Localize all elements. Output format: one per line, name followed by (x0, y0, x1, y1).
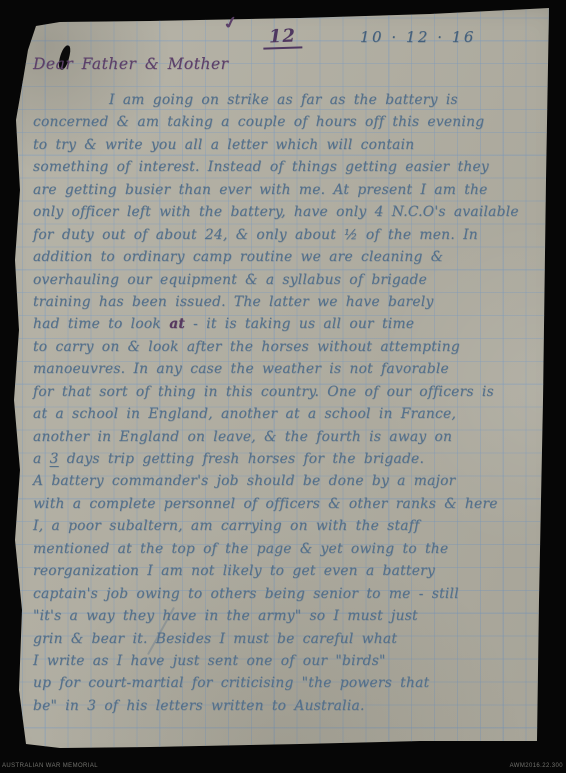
letter-line: another in England on leave, & the fourt… (33, 426, 541, 448)
letter-date: 10 · 12 · 16 (360, 28, 476, 46)
checkmark-annotation: ✓ (221, 11, 241, 33)
letter-line: for that sort of thing in this country. … (33, 381, 541, 403)
salutation: Dear Father & Mother (33, 55, 229, 73)
letter-line: grin & bear it. Besides I must be carefu… (33, 628, 541, 650)
letter-line: at a school in England, another at a sch… (33, 403, 541, 425)
letter-line: addition to ordinary camp routine we are… (33, 246, 541, 268)
letter-line: training has been issued. The latter we … (33, 291, 541, 313)
letter-line: I, a poor subaltern, am carrying on with… (33, 515, 541, 537)
letter-line: for duty out of about 24, & only about ½… (33, 224, 541, 246)
letter-line: had time to look at - it is taking us al… (33, 313, 541, 335)
letter-line: I write as I have just sent one of our "… (33, 650, 541, 672)
letter-line: "it's a way they have in the army" so I … (33, 605, 541, 627)
letter-line: to try & write you all a letter which wi… (33, 134, 541, 156)
letter-line: a 3 days trip getting fresh horses for t… (33, 448, 541, 470)
scanned-letter-photo: ✓ 12 10 · 12 · 16 Dear Father & Mother I… (0, 0, 566, 773)
letter-line: up for court-martial for criticising "th… (33, 672, 541, 694)
letter-line: are getting busier than ever with me. At… (33, 179, 541, 201)
letter-line: with a complete personnel of officers & … (33, 493, 541, 515)
letter-line: only officer left with the battery, have… (33, 201, 541, 223)
letter-line: overhauling our equipment & a syllabus o… (33, 269, 541, 291)
page-number: 12 (263, 25, 303, 49)
letter-line: to carry on & look after the horses with… (33, 336, 541, 358)
letter-line: A battery commander's job should be done… (33, 470, 541, 492)
letter-body: I am going on strike as far as the batte… (33, 89, 541, 717)
letter-line: mentioned at the top of the page & yet o… (33, 538, 541, 560)
letter-line: concerned & am taking a couple of hours … (33, 111, 541, 133)
catalogue-number: AWM2016.22.300 (510, 763, 563, 769)
letter-line: manoeuvres. In any case the weather is n… (33, 358, 541, 380)
letter-line: be" in 3 of his letters written to Austr… (33, 695, 541, 717)
letter-line: I am going on strike as far as the batte… (33, 89, 541, 111)
letter-line: captain's job owing to others being seni… (33, 583, 541, 605)
letter-line: reorganization I am not likely to get ev… (33, 560, 541, 582)
archive-watermark: AUSTRALIAN WAR MEMORIAL (2, 763, 98, 769)
letter-line: something of interest. Instead of things… (33, 156, 541, 178)
